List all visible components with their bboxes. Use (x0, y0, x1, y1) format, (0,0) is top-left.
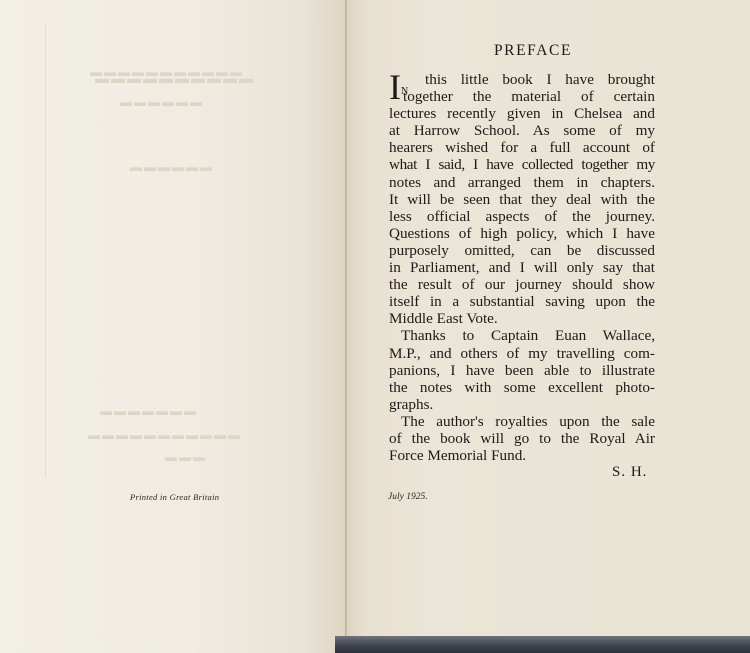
text-line: in Parliament, and I will only say that (389, 259, 655, 276)
text-line: itself in a substantial saving upon the (389, 293, 655, 310)
preface-body: this little book I have brought together… (389, 71, 655, 464)
text-line: less official aspects of the journey. (389, 208, 655, 225)
text-line: this little book I have brought (389, 71, 655, 88)
bleed-through-text: ▬▬▬ (165, 450, 207, 465)
text-line: hearers wished for a full account of (389, 139, 655, 156)
text-line: notes and arranged them in chapters. (389, 174, 655, 191)
text-line: Force Memorial Fund. (389, 447, 655, 464)
text-line: Thanks to Captain Euan Wallace, (389, 327, 655, 344)
bleed-through-text: ▬▬▬▬▬▬▬▬▬▬▬ (88, 428, 242, 443)
text-line: panions, I have been able to illustrate (389, 362, 655, 379)
book-cover-edge-bottom (335, 636, 750, 653)
text-line: It will be seen that they deal with the (389, 191, 655, 208)
preface-date: July 1925. (388, 492, 428, 502)
text-line: graphs. (389, 396, 655, 413)
text-line: Questions of high policy, which I have (389, 225, 655, 242)
text-line: the result of our journey should show (389, 276, 655, 293)
printed-in-imprint: Printed in Great Britain (130, 492, 219, 502)
left-page: ▬▬▬▬▬▬▬▬▬▬▬ ▬▬▬▬▬▬▬▬▬▬ ▬▬▬▬▬▬ ▬▬▬▬▬▬ ▬▬▬… (0, 0, 347, 653)
text-line: M.P., and others of my travelling com- (389, 345, 655, 362)
author-signature: S. H. (612, 464, 647, 481)
bleed-through-text: ▬▬▬▬▬▬ (130, 160, 214, 175)
text-line: together the material of certain (389, 88, 655, 105)
text-line: the notes with some excellent photo- (389, 379, 655, 396)
text-line: purposely omitted, can be discussed (389, 242, 655, 259)
text-line: what I said, I have collected together m… (389, 156, 655, 173)
text-line: at Harrow School. As some of my (389, 122, 655, 139)
bleed-through-text: ▬▬▬▬▬▬▬▬▬▬ (95, 72, 255, 88)
text-line: Middle East Vote. (389, 310, 655, 327)
text-line: lectures recently given in Chelsea and (389, 105, 655, 122)
text-line: The author's royalties upon the sale (389, 413, 655, 430)
text-line: of the book will go to the Royal Air (389, 430, 655, 447)
bleed-through-text: ▬▬▬▬▬▬ (120, 95, 204, 110)
open-book: ▬▬▬▬▬▬▬▬▬▬▬ ▬▬▬▬▬▬▬▬▬▬ ▬▬▬▬▬▬ ▬▬▬▬▬▬ ▬▬▬… (0, 0, 750, 653)
bleed-through-text: ▬▬▬▬▬▬▬ (100, 404, 198, 419)
page-title: PREFACE (383, 42, 683, 60)
